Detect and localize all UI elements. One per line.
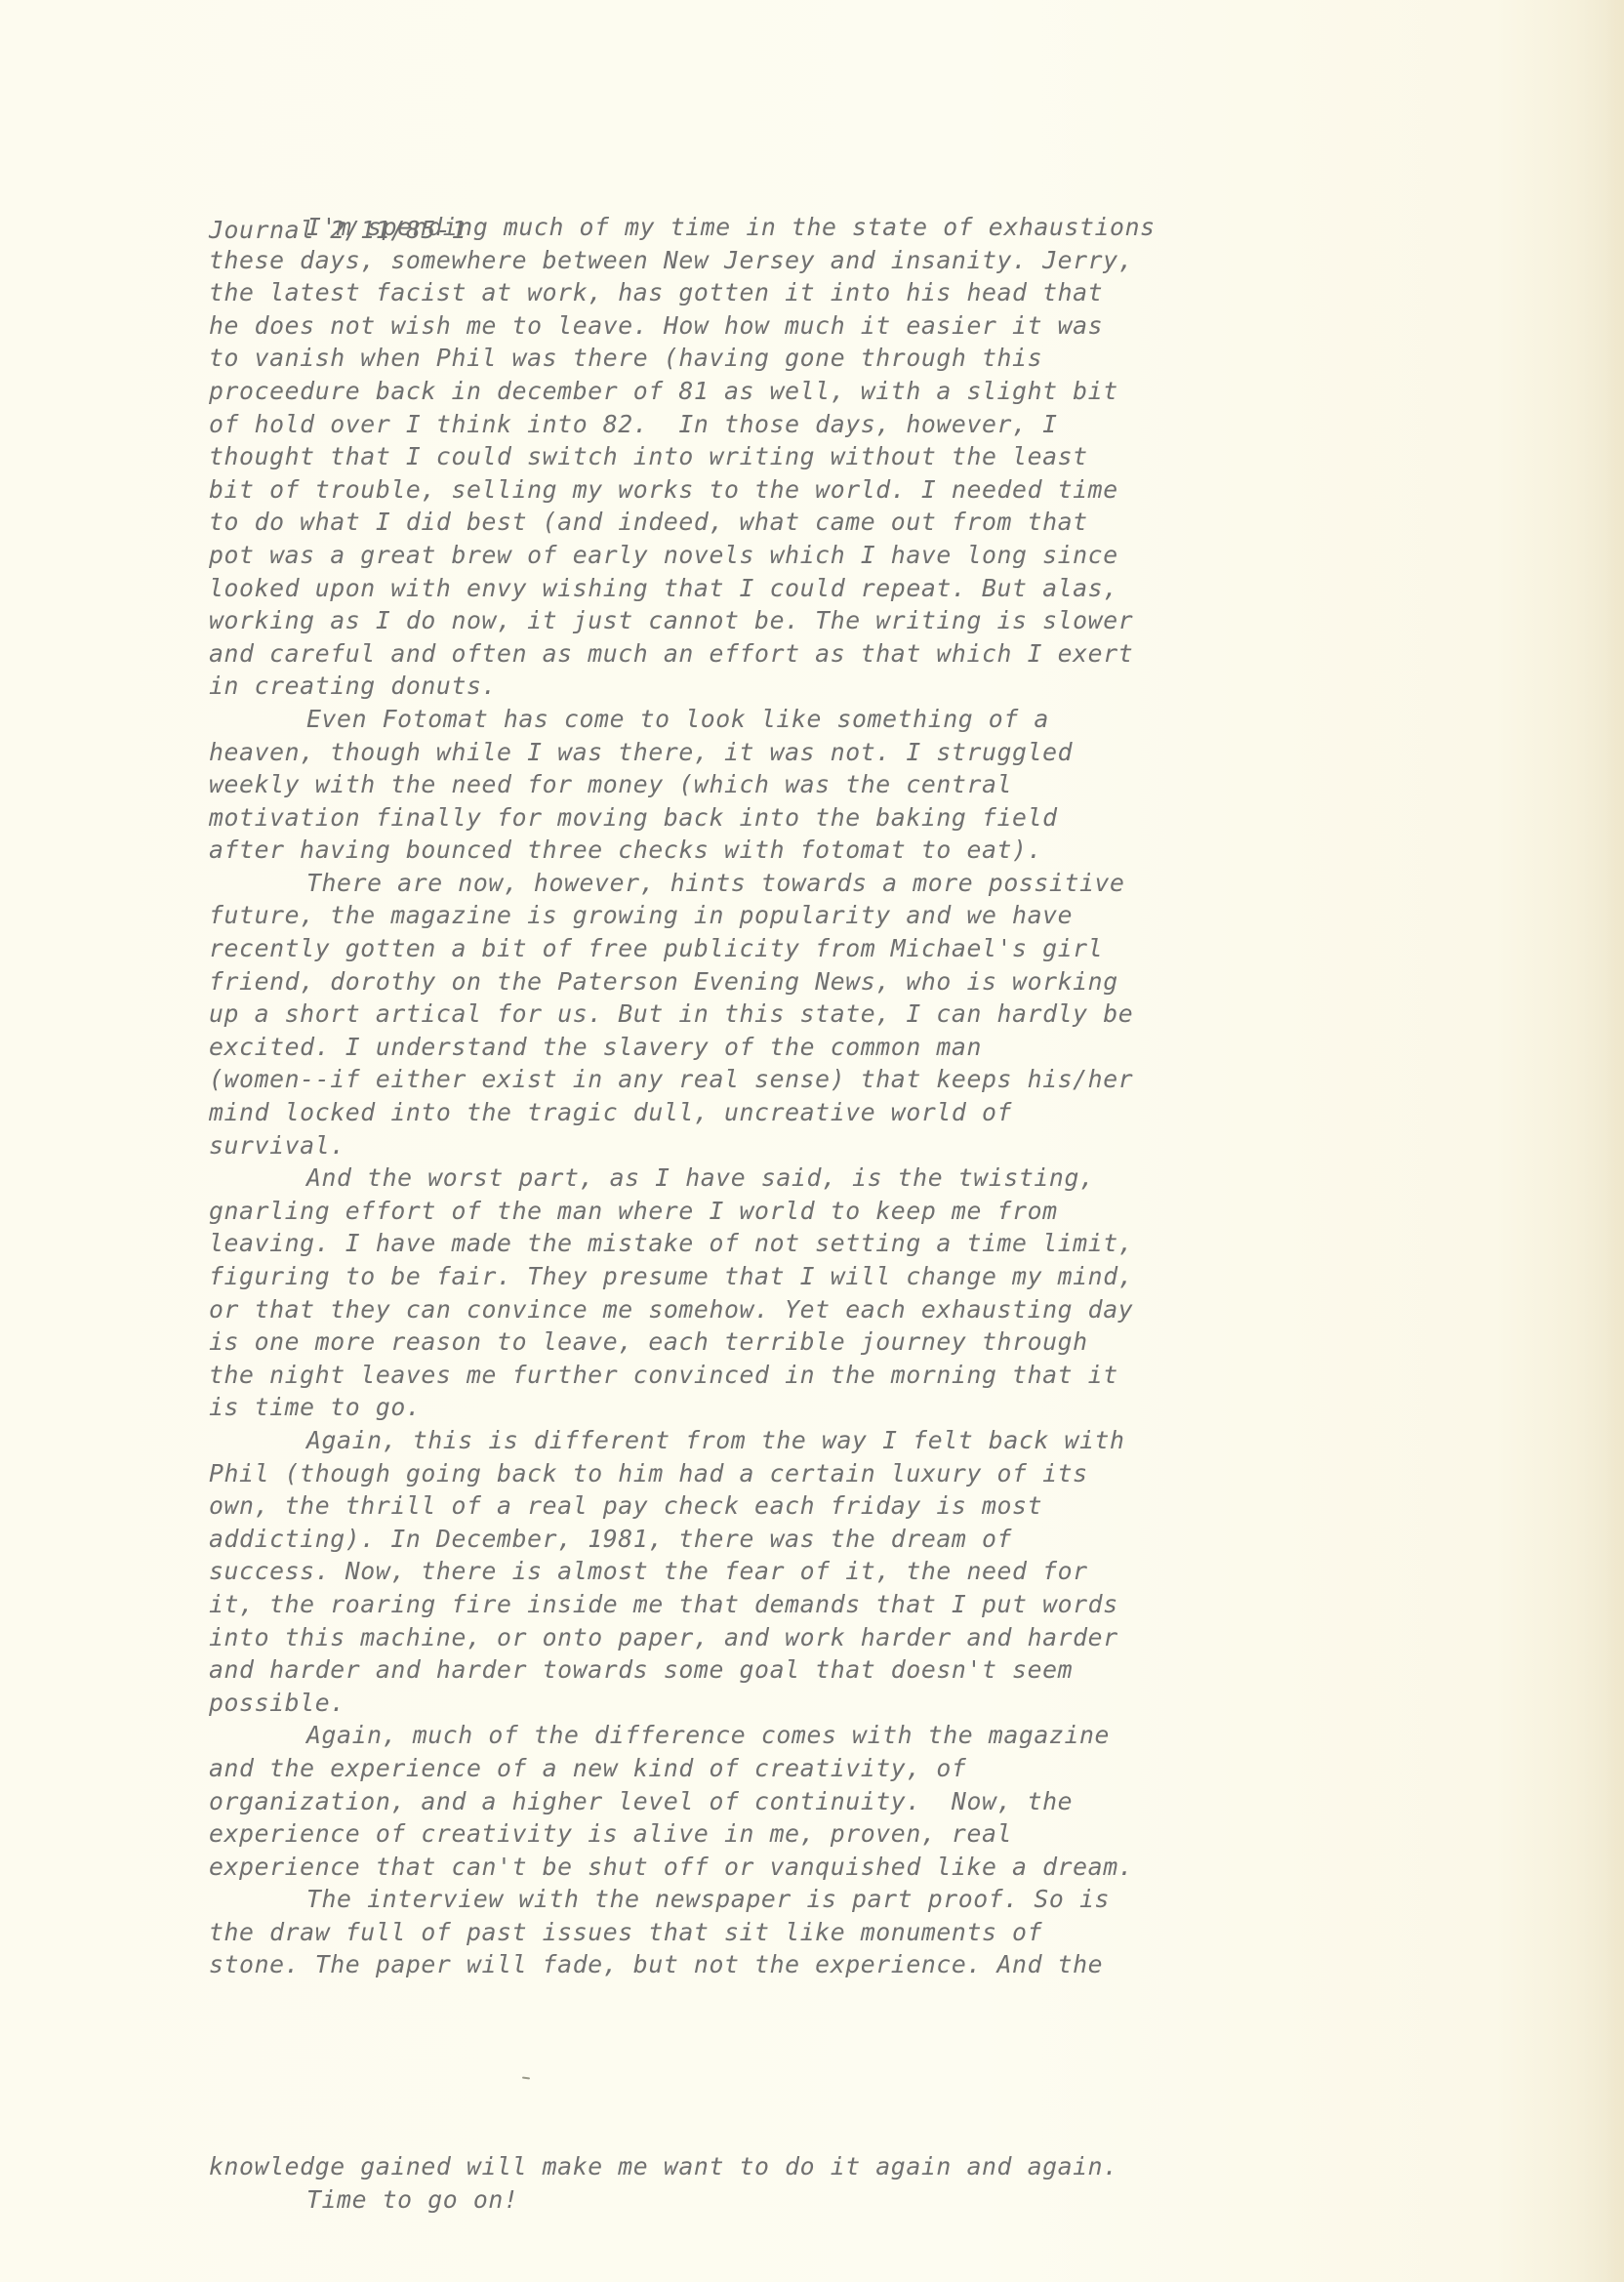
text-line: and harder and harder towards some goal …: [209, 1653, 1156, 1687]
text-line: Again, this is different from the way I …: [209, 1424, 1156, 1457]
paper-speck: [522, 2076, 530, 2079]
text-line: (women--if either exist in any real sens…: [209, 1063, 1156, 1096]
paper-page: Journal 2/11/85-1 I'm spending much of m…: [0, 0, 1624, 2282]
text-line: motivation finally for moving back into …: [209, 801, 1156, 835]
text-line: knowledge gained will make me want to do…: [209, 2150, 1118, 2183]
text-line: Phil (though going back to him had a cer…: [209, 1457, 1156, 1490]
text-line: of hold over I think into 82. In those d…: [209, 408, 1156, 441]
text-line: or that they can convince me somehow. Ye…: [209, 1293, 1156, 1326]
text-line: weekly with the need for money (which wa…: [209, 768, 1156, 801]
text-line: the latest facist at work, has gotten it…: [209, 276, 1156, 309]
text-line: working as I do now, it just cannot be. …: [209, 604, 1156, 637]
text-line: bit of trouble, selling my works to the …: [209, 473, 1156, 507]
text-line: survival.: [209, 1129, 1156, 1162]
text-line: experience of creativity is alive in me,…: [209, 1817, 1156, 1851]
text-line: to do what I did best (and indeed, what …: [209, 506, 1156, 539]
text-line: heaven, though while I was there, it was…: [209, 736, 1156, 769]
text-line: gnarling effort of the man where I world…: [209, 1195, 1156, 1228]
text-line: I'm spending much of my time in the stat…: [209, 211, 1156, 244]
text-line: pot was a great brew of early novels whi…: [209, 539, 1156, 572]
journal-body: I'm spending much of my time in the stat…: [209, 211, 1156, 1981]
text-line: organization, and a higher level of cont…: [209, 1785, 1156, 1818]
text-line: looked upon with envy wishing that I cou…: [209, 572, 1156, 605]
text-line: leaving. I have made the mistake of not …: [209, 1227, 1156, 1260]
text-line: the night leaves me further convinced in…: [209, 1359, 1156, 1392]
text-line: these days, somewhere between New Jersey…: [209, 244, 1156, 277]
text-line: experience that can't be shut off or van…: [209, 1851, 1156, 1884]
paper-edge-shadow: [1606, 0, 1624, 2282]
text-line: the draw full of past issues that sit li…: [209, 1916, 1156, 1949]
text-line: is one more reason to leave, each terrib…: [209, 1325, 1156, 1359]
text-line: after having bounced three checks with f…: [209, 834, 1156, 867]
text-line: friend, dorothy on the Paterson Evening …: [209, 965, 1156, 998]
text-line: figuring to be fair. They presume that I…: [209, 1260, 1156, 1293]
text-line: addicting). In December, 1981, there was…: [209, 1523, 1156, 1556]
text-line: is time to go.: [209, 1391, 1156, 1424]
text-line: and the experience of a new kind of crea…: [209, 1752, 1156, 1785]
text-line: mind locked into the tragic dull, uncrea…: [209, 1096, 1156, 1129]
text-line: up a short artical for us. But in this s…: [209, 998, 1156, 1031]
text-line: future, the magazine is growing in popul…: [209, 899, 1156, 932]
text-line: Time to go on!: [209, 2183, 1118, 2217]
text-line: recently gotten a bit of free publicity …: [209, 932, 1156, 965]
text-line: The interview with the newspaper is part…: [209, 1883, 1156, 1916]
text-line: Again, much of the difference comes with…: [209, 1719, 1156, 1752]
text-line: There are now, however, hints towards a …: [209, 867, 1156, 900]
text-line: excited. I understand the slavery of the…: [209, 1031, 1156, 1064]
text-line: he does not wish me to leave. How how mu…: [209, 309, 1156, 343]
text-line: Even Fotomat has come to look like somet…: [209, 703, 1156, 736]
text-line: own, the thrill of a real pay check each…: [209, 1489, 1156, 1523]
text-line: into this machine, or onto paper, and wo…: [209, 1621, 1156, 1654]
text-line: possible.: [209, 1687, 1156, 1720]
journal-body-continuation: knowledge gained will make me want to do…: [209, 2150, 1118, 2216]
text-line: And the worst part, as I have said, is t…: [209, 1161, 1156, 1195]
text-line: success. Now, there is almost the fear o…: [209, 1555, 1156, 1588]
text-line: it, the roaring fire inside me that dema…: [209, 1588, 1156, 1621]
text-line: thought that I could switch into writing…: [209, 440, 1156, 473]
text-line: proceedure back in december of 81 as wel…: [209, 375, 1156, 408]
text-line: in creating donuts.: [209, 670, 1156, 703]
text-line: to vanish when Phil was there (having go…: [209, 342, 1156, 375]
text-line: and careful and often as much an effort …: [209, 637, 1156, 671]
text-line: stone. The paper will fade, but not the …: [209, 1948, 1156, 1981]
